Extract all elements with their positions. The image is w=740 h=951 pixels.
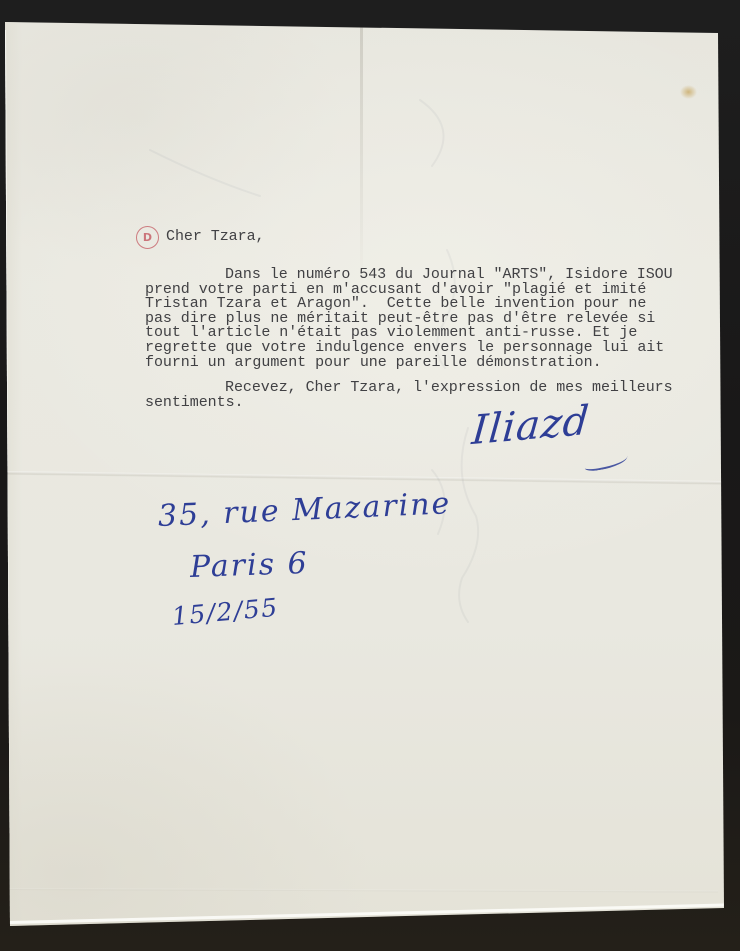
salutation: Cher Tzara, [166, 228, 264, 245]
body-line: fourni un argument pour une pareille dém… [145, 356, 675, 371]
collection-stamp: D [136, 226, 159, 249]
address-line-2: Paris 6 [189, 546, 309, 585]
letter-body: Dans le numéro 543 du Journal "ARTS", Is… [145, 268, 675, 410]
stamp-letter: D [143, 232, 152, 243]
show-through-marks [0, 0, 740, 951]
ink-speck [372, 918, 379, 925]
body-line: sentiments. [145, 396, 675, 411]
letter-paper: D Cher Tzara, Dans le numéro 543 du Jour… [0, 0, 740, 951]
